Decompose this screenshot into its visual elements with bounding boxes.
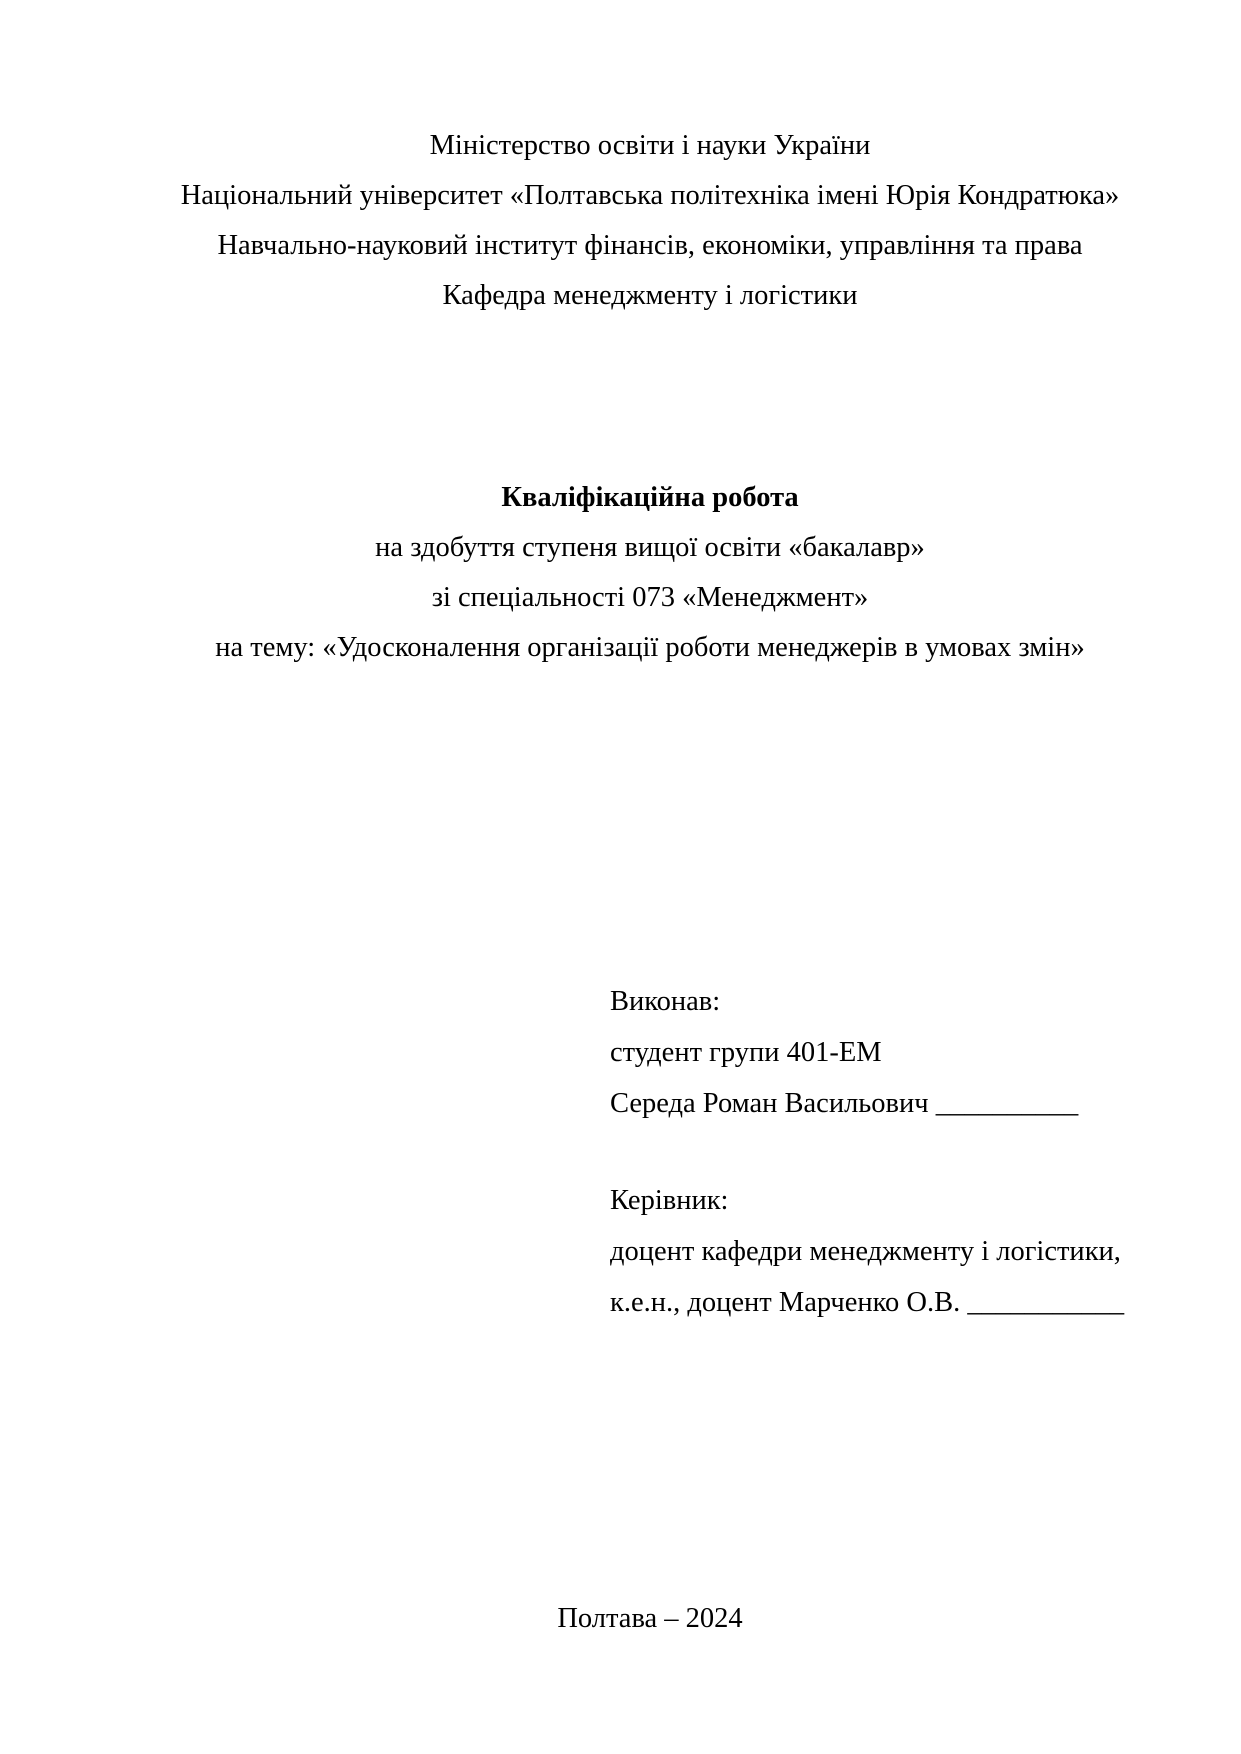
institute-line: Навчально-науковий інститут фінансів, ек… [0,229,1241,263]
title-page: Міністерство освіти і науки України Наці… [0,0,1241,1754]
university-line: Національний університет «Полтавська пол… [0,179,1241,213]
supervisor-name: к.е.н., доцент Марченко О.В. [610,1287,960,1318]
topic-line: на тему: «Удосконалення організації робо… [0,631,1241,665]
document-title: Кваліфікаційна робота [0,481,1241,515]
supervisor-name-row: к.е.н., доцент Марченко О.В. ___________ [610,1286,1124,1320]
degree-line: на здобуття ступеня вищої освіти «бакала… [0,531,1241,565]
author-label: Виконав: [610,985,720,1019]
city-year: Полтава – 2024 [0,1602,1241,1636]
author-name: Середа Роман Васильович [610,1088,929,1119]
author-signature-line: __________ [936,1087,1079,1121]
department-line: Кафедра менеджменту і логістики [0,279,1241,313]
author-group: студент групи 401-ЕМ [610,1036,882,1070]
supervisor-label: Керівник: [610,1184,728,1218]
specialty-line: зі спеціальності 073 «Менеджмент» [0,581,1241,615]
supervisor-signature-line: ___________ [967,1286,1124,1320]
supervisor-position: доцент кафедри менеджменту і логістики, [610,1235,1121,1269]
ministry-line: Міністерство освіти і науки України [0,129,1241,163]
author-name-row: Середа Роман Васильович __________ [610,1087,1078,1121]
